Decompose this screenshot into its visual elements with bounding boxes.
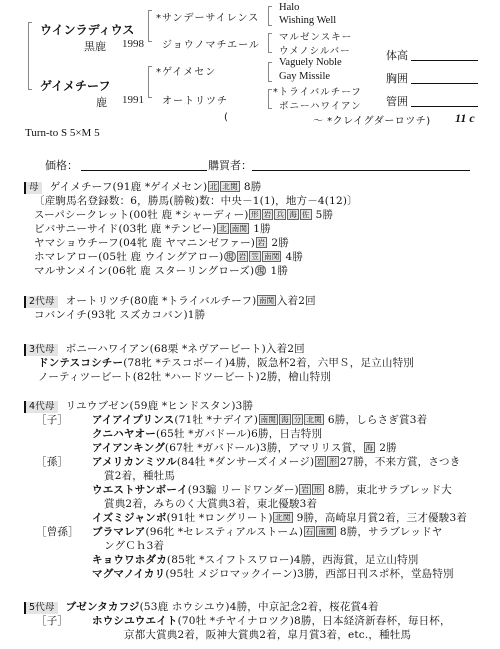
race-badge: 北	[217, 223, 229, 234]
gen3-section: 3代母ボニーハワイアン(68栗 *ネヴアービート)入着2回 ドンテスコシチー(7…	[24, 342, 500, 384]
horse-name: キョウワホダカ	[92, 554, 167, 566]
gen2-section: 2代母オートリツチ(80鹿 *トライバルチーフ)南関入着2回 コバンイチ(93牝…	[24, 294, 500, 322]
record-text: (65牡 *ガバドール)6勝，日吉特別	[156, 428, 322, 440]
record-text: 5勝	[316, 209, 334, 221]
record-text: ビバサニーサイド(03牝 鹿 *テンビー)	[34, 223, 217, 235]
gen2-sire-dam: ジョウノマチエール	[162, 36, 260, 51]
section-tag: 4代母	[24, 401, 58, 413]
relation-label: ［孫］	[36, 455, 92, 469]
horse-name: クニハヤオー	[92, 428, 156, 440]
gen3-2: Wishing Well	[279, 15, 336, 26]
dam-section: 母ゲイメチーフ(91鹿 *ゲイメセン)北北関 8勝 〔産駒馬名登録数：6，勝馬(…	[24, 180, 500, 278]
pedigree-brace-g3-2	[268, 33, 272, 53]
race-badge: 分	[292, 414, 304, 425]
horse-name: イズミジャンボ	[92, 512, 167, 524]
relative-row: アイアンキング(67牡 *ガバドール)3勝，アマリリス賞，海 2勝	[36, 441, 500, 455]
record-text: (70牡 *チヤイナロツク)8勝，日本経済新春杯，毎日杯，	[178, 615, 451, 627]
race-badge: 北関	[273, 512, 292, 523]
record-text: ノーティツービート(82牡 *ハードツービート)2勝，檜山特別	[38, 371, 331, 383]
relative-row: マグマノイカリ(95牡 メジロマックイーン)3勝，西部日刊スポ杯，堂島特別	[36, 567, 500, 581]
record-text: 8勝，東北サラブレッド大	[328, 484, 452, 496]
race-badge: 岩	[237, 251, 249, 262]
height-field[interactable]	[411, 60, 478, 61]
dam-name: ゲイメチーフ	[40, 77, 110, 94]
cannon-label: 管囲	[386, 93, 408, 109]
offspring-summary: 〔産駒馬名登録数：6，勝馬(勝鞍)数：中央－1(1)，地方－4(12)〕	[34, 194, 500, 208]
race-badge: 北関	[304, 414, 323, 425]
sire-color: 黒鹿	[84, 38, 106, 54]
relative-row-cont: 賞2着，種牡馬	[36, 469, 500, 483]
family-number: 11 c	[455, 111, 475, 126]
record-text: 賞典2着，みちのく大賞典3着，東北優駿3着	[92, 498, 317, 510]
pedigree-brace-main	[28, 22, 32, 90]
relative-row: ウエストサンボーイ(93騸 リードワンダー)岩形 8勝，東北サラブレッド大	[36, 483, 500, 497]
gen3-5: Vaguely Noble	[279, 57, 342, 68]
gen3-3: マルゼンスキー	[279, 29, 352, 43]
price-label: 価格：	[45, 157, 78, 173]
offspring-row: ヤマショウチーフ(04牝 鹿 ヤマニンゼファー)岩 2勝	[34, 236, 500, 250]
relative-row-cont: ングＣｈ3着	[36, 539, 500, 553]
offspring-row: マルサンメイン(06牝 鹿 スターリングローズ)現 1勝	[34, 264, 500, 278]
race-badge: 南関	[257, 295, 276, 306]
dam-line: 母ゲイメチーフ(91鹿 *ゲイメセン)北北関 8勝	[24, 180, 500, 194]
record-text: 入着2回	[277, 295, 316, 307]
gen2-dam-dam: オートリツチ	[162, 92, 228, 107]
race-badge: 南関	[316, 526, 335, 537]
horse-name: ブラマレア	[92, 526, 146, 538]
race-badge: 現	[255, 265, 267, 276]
record-text: オートリツチ(80鹿 *トライバルチーフ)	[66, 295, 257, 307]
record-text: 6勝，しらさぎ賞3着	[328, 414, 427, 426]
pedigree-brace-sire	[148, 10, 152, 42]
gen3-1: Halo	[279, 2, 299, 13]
record-text: (53鹿 ホウシユウ)4勝，中京記念2着，桜花賞4着	[140, 601, 379, 613]
sire-name: ウインラディウス	[40, 21, 134, 38]
race-badge: 石	[304, 526, 316, 537]
horse-name: マグマノイカリ	[92, 568, 165, 580]
relation-label: ［子］	[36, 413, 92, 427]
offspring-row: スーパシークレット(00牡 鹿 *シャーディー)形岩兵海佐 5勝	[34, 208, 500, 222]
race-badge: 岩	[256, 237, 268, 248]
record-text: 1勝	[271, 265, 289, 277]
dam-text: ゲイメチーフ(91鹿 *ゲイメセン)	[50, 181, 208, 193]
section-tag: 3代母	[24, 344, 58, 356]
relative-row: ［子］アイアイプリンス(71牡 *ナデイア)南関海分北関 6勝，しらさぎ賞3着	[36, 413, 500, 427]
relative-row: ［孫］アメリカンミツル(84牡 *ダンサーズイメージ)岩形27勝，不来方賞，さつ…	[36, 455, 500, 469]
relative-row-cont: 京都大賞典2着，阪神大賞典2着，皐月賞3着，etc.，種牡馬	[36, 628, 500, 642]
horse-name: ホウシユウエイト	[92, 615, 178, 627]
sire-year: 1998	[122, 38, 144, 50]
race-badge: 形	[327, 456, 339, 467]
race-badge: 北関	[220, 181, 239, 192]
record-text: (91牡 *ロングリート)	[167, 512, 273, 524]
relative-row: クニハヤオー(65牡 *ガバドール)6勝，日吉特別	[36, 427, 500, 441]
buyer-label: 購買者：	[208, 157, 252, 173]
gen2-dam-sire: *ゲイメセン	[156, 63, 216, 78]
horse-name: アメリカンミツル	[92, 456, 177, 468]
family-line-open: (	[224, 112, 228, 123]
dam-color: 鹿	[96, 94, 107, 110]
race-badge: 形	[312, 484, 324, 495]
dam-wins: 8勝	[244, 181, 262, 193]
horse-name: アイアイプリンス	[92, 414, 174, 426]
gen5-section: 5代母ブゼンタカフジ(53鹿 ホウシユウ)4勝，中京記念2着，桜花賞4着 ［子］…	[24, 600, 500, 642]
record-text: (93騸 リードワンダー)	[188, 484, 299, 496]
chest-label: 胸囲	[386, 70, 408, 86]
relative-row: ［子］ホウシユウエイト(70牡 *チヤイナロツク)8勝，日本経済新春杯，毎日杯，	[36, 614, 500, 628]
race-badge: 佐	[300, 209, 312, 220]
record-text: 2勝	[379, 442, 397, 454]
race-badge: 岩	[299, 484, 311, 495]
section-tag: 5代母	[24, 602, 58, 614]
section-tag: 2代母	[24, 296, 58, 308]
relation-label: ［子］	[36, 614, 92, 628]
relative-row: キョウワホダカ(85牝 *スイフトスワロー)4勝，西海賞，足立山特別	[36, 553, 500, 567]
gen3-8: ボニーハワイアン	[279, 98, 362, 112]
record-text: (78牝 *テスコボーイ)4勝，阪急杯2着，六甲Ｓ，足立山特別	[123, 357, 414, 369]
record-text: (95牡 メジロマックイーン)3勝，西部日刊スポ杯，堂島特別	[165, 568, 453, 580]
horse-name: アイアンキング	[92, 442, 165, 454]
pedigree-brace-g3-3	[268, 62, 272, 82]
race-badge: 南関	[259, 414, 278, 425]
record-text: 4勝	[285, 251, 303, 263]
record-text: (67牡 *ガバドール)3勝，アマリリス賞，	[165, 442, 363, 454]
record-text: (85牝 *スイフトスワロー)4勝，西海賞，足立山特別	[167, 554, 419, 566]
horse-name: ウエストサンボーイ	[92, 484, 188, 496]
race-badge: 形	[249, 209, 261, 220]
race-badge: 笠	[249, 251, 261, 262]
gen2-sire-sire: *サンデーサイレンス	[156, 9, 259, 24]
pedigree-brace-g3-1	[268, 6, 272, 26]
inbreeding: Turn-to S 5×M 5	[25, 127, 100, 139]
family-line-tail: ～ *クレイグダーロツチ)	[313, 112, 431, 127]
record-text: (96牝 *セレスティアルストーム)	[146, 526, 304, 538]
cannon-field[interactable]	[411, 106, 478, 107]
record-text: 9勝，高崎皐月賞2着，三才優駿3着	[297, 512, 467, 524]
buyer-field[interactable]	[252, 170, 470, 171]
offspring-row: ドンテスコシチー(78牝 *テスコボーイ)4勝，阪急杯2着，六甲Ｓ，足立山特別	[24, 356, 500, 370]
record-text: 賞2着，種牡馬	[92, 470, 175, 482]
race-badge: 海	[287, 209, 299, 220]
gen3-4: ウメノシルバー	[279, 43, 351, 57]
offspring-row: コバンイチ(93牝 スズカコバン)1勝	[24, 308, 500, 322]
record-text: スーパシークレット(00牡 鹿 *シャーディー)	[34, 209, 249, 221]
race-badge: 海	[279, 414, 291, 425]
pedigree-brace-dam	[148, 66, 152, 98]
race-badge: 岩	[262, 209, 274, 220]
race-badge: 北	[208, 181, 220, 192]
dam-year: 1991	[122, 94, 144, 106]
pedigree-brace-g3-4	[268, 89, 272, 109]
record-text: マルサンメイン(06牝 鹿 スターリングローズ)	[34, 265, 254, 277]
race-badge: 南関	[230, 223, 249, 234]
horse-name: ドンテスコシチー	[38, 357, 123, 369]
race-badge: 海	[364, 442, 376, 453]
record-text: 京都大賞典2着，阪神大賞典2着，皐月賞3着，etc.，種牡馬	[92, 629, 411, 641]
relative-row: イズミジャンボ(91牡 *ロングリート)北関 9勝，高崎皐月賞2着，三才優駿3着	[36, 511, 500, 525]
record-text: ボニーハワイアン(68栗 *ネヴアービート)入着2回	[66, 343, 305, 355]
offspring-row: ビバサニーサイド(03牝 鹿 *テンビー)北南関 1勝	[34, 222, 500, 236]
relation-label: ［曾孫］	[36, 525, 92, 539]
gen4-section: 4代母リユウブゼン(59鹿 *ヒンドスタン)3勝 ［子］アイアイプリンス(71牡…	[24, 399, 500, 581]
race-badge: 南関	[262, 251, 281, 262]
section-tag: 母	[24, 182, 42, 194]
record-text: 1勝	[253, 223, 271, 235]
price-field[interactable]	[81, 170, 207, 171]
record-text: ングＣｈ3着	[92, 540, 164, 552]
race-badge: 岩	[315, 456, 327, 467]
gen3-6: Gay Missile	[279, 71, 330, 82]
chest-field[interactable]	[411, 83, 478, 84]
record-text: リユウブゼン(59鹿 *ヒンドスタン)3勝	[66, 400, 254, 412]
record-text: 2勝	[271, 237, 289, 249]
record-text: ホマレアロー(05牡 鹿 ウイングアロー)	[34, 251, 223, 263]
relative-row: ［曾孫］ブラマレア(96牝 *セレスティアルストーム)石南関 8勝，サラブレッド…	[36, 525, 500, 539]
record-text: (71牡 *ナデイア)	[174, 414, 258, 426]
offspring-row: ノーティツービート(82牡 *ハードツービート)2勝，檜山特別	[24, 370, 500, 384]
gen3-7: *トライバルチーフ	[273, 84, 362, 98]
race-badge: 現	[224, 251, 236, 262]
record-text: 27勝，不来方賞，さつき	[340, 456, 461, 468]
height-label: 体高	[386, 47, 408, 63]
race-badge: 兵	[274, 209, 286, 220]
horse-name: ブゼンタカフジ	[66, 601, 140, 613]
record-text: 8勝，サラブレッドヤ	[340, 526, 443, 538]
offspring-row: ホマレアロー(05牡 鹿 ウイングアロー)現岩笠南関 4勝	[34, 250, 500, 264]
record-text: ヤマショウチーフ(04牝 鹿 ヤマニンゼファー)	[34, 237, 255, 249]
record-text: (84牡 *ダンサーズイメージ)	[177, 456, 314, 468]
relative-row-cont: 賞典2着，みちのく大賞典3着，東北優駿3着	[36, 497, 500, 511]
